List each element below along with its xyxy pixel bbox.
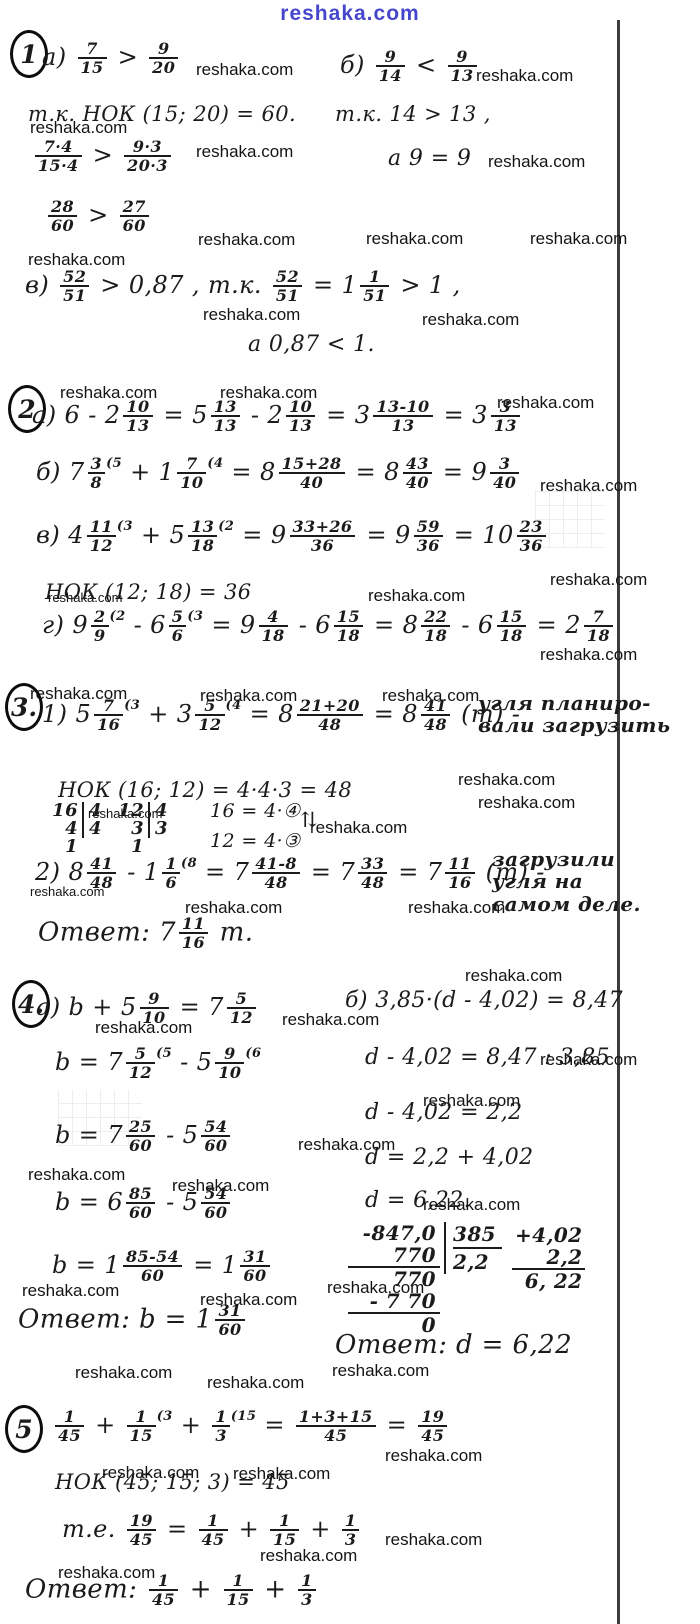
denominator: 18 [188, 537, 217, 554]
numerator: 43 [403, 455, 432, 474]
fraction: 1518 [334, 608, 363, 645]
fraction: 340 [490, 455, 519, 492]
denominator: 36 [290, 537, 356, 554]
fraction: 910 [140, 990, 169, 1027]
fraction: 920 [149, 40, 178, 77]
denominator: 20 [149, 59, 178, 76]
denominator: 18 [421, 627, 450, 644]
reshaka-logo-watermark: reshaka.com [0, 2, 700, 26]
fraction: 115 [224, 1572, 253, 1609]
denominator: 60 [126, 1204, 155, 1221]
watermark: reshaka.com [196, 142, 293, 162]
numerator: 85 [126, 1185, 155, 1204]
annotation-note: угля планиро-вали загрузить [478, 692, 670, 737]
math-line: b = 7512(5 - 5910(6 [55, 1045, 261, 1082]
fraction: 21+2048 [297, 697, 363, 734]
numerator: 31 [215, 1302, 244, 1321]
answer-line: Ответ: b = 13160 [18, 1302, 248, 1339]
fraction: 1313 [211, 398, 240, 435]
math-line: b = 72560 - 55460 [55, 1118, 233, 1155]
denominator: 51 [360, 287, 389, 304]
extra-multiplier: (3 [157, 1409, 173, 1424]
fraction: 41-848 [252, 855, 300, 892]
denominator: 45 [127, 1531, 156, 1548]
denominator: 18 [497, 627, 526, 644]
fraction: 2560 [126, 1118, 155, 1155]
math-line: а) 6 - 21013 = 51313 - 21013 = 313-1013 … [32, 398, 523, 435]
denominator: 45 [149, 1591, 178, 1608]
watermark: reshaka.com [385, 1446, 482, 1466]
extra-multiplier: (15 [231, 1409, 256, 1424]
numerator: 1 [212, 1408, 230, 1427]
denominator: 15 [270, 1531, 299, 1548]
division-row: -847,0 [348, 1222, 440, 1244]
notebook-margin-line [617, 20, 620, 1624]
watermark: reshaka.com [282, 1010, 379, 1030]
denominator: 10 [140, 1009, 169, 1026]
numerator: 9 [448, 48, 477, 67]
denominator: 12 [195, 716, 224, 733]
dividend-column: -847,0770770- 7 700 [348, 1222, 440, 1336]
denominator: 48 [87, 874, 116, 891]
watermark: reshaka.com [540, 645, 637, 665]
denominator: 13 [286, 417, 315, 434]
fraction: 2336 [517, 518, 546, 555]
extra-multiplier: (6 [245, 1046, 261, 1061]
fraction: 4148 [421, 697, 450, 734]
factorization-table: 124331 [118, 802, 168, 856]
denominator: 13 [211, 417, 240, 434]
math-line: 12 = 4·③ [210, 830, 301, 852]
numerator: 13-10 [373, 398, 432, 417]
math-line: т.к. 14 > 13 , [335, 102, 491, 126]
denominator: 60 [201, 1137, 230, 1154]
numerator: 9 [215, 1045, 244, 1064]
denominator: 3 [342, 1531, 360, 1548]
extra-multiplier: (5 [156, 1046, 172, 1061]
fraction: 29 [91, 608, 109, 645]
fraction: 56 [169, 608, 187, 645]
fraction: 5251 [60, 268, 89, 305]
extra-multiplier: (4 [207, 456, 223, 471]
numerator: 2 [91, 608, 109, 627]
addition-result: 6, 22 [512, 1268, 585, 1292]
lcm-line: НОК (45; 15; 3) = 45 [55, 1470, 290, 1494]
factor-row: 1 [118, 838, 168, 856]
denominator: 15·4 [35, 157, 82, 174]
problem-number: 5 [5, 1405, 43, 1453]
denominator: 6 [169, 627, 187, 644]
denominator: 60 [123, 1267, 182, 1284]
fraction: 716 [94, 697, 123, 734]
math-line: г) 929(2 - 656(3 = 9418 - 61518 = 82218 … [42, 608, 616, 645]
extra-multiplier: (5 [106, 456, 122, 471]
math-line: в) 41112(3 + 51318(2 = 933+2636 = 95936 … [36, 518, 549, 555]
math-line: 2) 84148 - 116(8 = 741-848 = 73348 = 711… [35, 855, 545, 892]
fraction: 5251 [273, 268, 302, 305]
math-line: 1) 5716(3 + 3512(4 = 821+2048 = 84148 (т… [42, 697, 520, 734]
watermark: reshaka.com [422, 310, 519, 330]
numerator: 13 [211, 398, 240, 417]
fraction: 145 [199, 1512, 228, 1549]
watermark: reshaka.com [530, 229, 627, 249]
numerator: 1 [149, 1572, 178, 1591]
denominator: 3 [212, 1427, 230, 1444]
addition-row: 2,2 [512, 1246, 585, 1268]
fraction: 3348 [358, 855, 387, 892]
fraction: 913 [448, 48, 477, 85]
scanned-notebook-page: reshaka.com reshaka.comreshaka.comreshak… [0, 0, 700, 1624]
watermark: reshaka.com [196, 60, 293, 80]
math-line: б) 3,85·(d - 4,02) = 8,47 [345, 988, 623, 1013]
fraction: 2218 [421, 608, 450, 645]
math-line: а 0,87 < 1. [248, 332, 375, 357]
numerator: 41 [87, 855, 116, 874]
denominator: 60 [126, 1137, 155, 1154]
numerator: 15 [497, 608, 526, 627]
division-row: 770 [348, 1244, 440, 1268]
math-line: а) b + 5910 = 7512 [36, 990, 259, 1027]
watermark: reshaka.com [465, 966, 562, 986]
numerator: 11 [87, 518, 116, 537]
numerator: 33+26 [290, 518, 356, 537]
denominator: 45 [418, 1427, 447, 1444]
fraction: 1013 [286, 398, 315, 435]
numerator: 3 [490, 455, 519, 474]
fraction: 16 [162, 855, 180, 892]
numerator: 1 [224, 1572, 253, 1591]
fraction: 512 [126, 1045, 155, 1082]
numerator: 5 [169, 608, 187, 627]
math-line: а) 715 > 920 [42, 40, 181, 77]
denominator: 16 [179, 934, 208, 951]
denominator: 15 [78, 59, 107, 76]
numerator: 23 [517, 518, 546, 537]
extra-multiplier: (3 [124, 698, 140, 713]
addition-row: +4,02 [512, 1224, 585, 1246]
fraction: 512 [195, 697, 224, 734]
fraction: 2860 [48, 198, 77, 235]
denominator: 18 [334, 627, 363, 644]
numerator: 85-54 [123, 1248, 182, 1267]
denominator: 13 [373, 417, 432, 434]
fraction: 13 [298, 1572, 316, 1609]
numerator: 28 [48, 198, 77, 217]
numerator: 33 [358, 855, 387, 874]
numerator: 1 [360, 268, 389, 287]
denominator: 13 [491, 417, 520, 434]
quotient: 2,2 [453, 1249, 502, 1274]
numerator: 1 [342, 1512, 360, 1531]
watermark: reshaka.com [478, 793, 575, 813]
numerator: 3 [88, 455, 106, 474]
denominator: 45 [55, 1427, 84, 1444]
answer-line: Ответ: 71116 т. [38, 915, 253, 952]
numerator: 41 [421, 697, 450, 716]
math-line: в) 5251 > 0,87 , т.к. 5251 = 1151 > 1 , [25, 268, 461, 305]
column-addition: +4,022,26, 22 [512, 1224, 585, 1292]
fraction: 1112 [87, 518, 116, 555]
denominator: 60 [215, 1321, 244, 1338]
denominator: 13 [123, 417, 152, 434]
fraction: 1945 [127, 1512, 156, 1549]
fraction: 9·320·3 [124, 138, 171, 175]
numerator: 54 [201, 1185, 230, 1204]
fraction: 710 [177, 455, 206, 492]
fraction: 115 [270, 1512, 299, 1549]
numerator: 19 [127, 1512, 156, 1531]
numerator: 5 [126, 1045, 155, 1064]
fraction: 1116 [445, 855, 474, 892]
long-division: -847,0770770- 7 7003852,2 [348, 1222, 502, 1336]
extra-multiplier: (8 [181, 856, 197, 871]
fraction: 715 [78, 40, 107, 77]
fraction: 151 [360, 268, 389, 305]
numerator: 5 [227, 990, 256, 1009]
fraction: 4340 [403, 455, 432, 492]
watermark: reshaka.com [310, 818, 407, 838]
numerator: 10 [286, 398, 315, 417]
denominator: 48 [421, 716, 450, 733]
numerator: 7 [94, 697, 123, 716]
fraction: 8560 [126, 1185, 155, 1222]
watermark: reshaka.com [488, 152, 585, 172]
fraction: 7·415·4 [35, 138, 82, 175]
numerator: 15 [334, 608, 363, 627]
numerator: 31 [240, 1248, 269, 1267]
fraction: 512 [227, 990, 256, 1027]
answer-line: Ответ: 145 + 115 + 13 [25, 1572, 319, 1609]
numerator: 7 [177, 455, 206, 474]
numerator: 7·4 [35, 138, 82, 157]
denominator: 14 [376, 67, 405, 84]
numerator: 13 [188, 518, 217, 537]
extra-multiplier: (3 [187, 609, 203, 624]
math-line: 7·415·4 > 9·320·3 [32, 138, 174, 175]
fraction: 718 [584, 608, 613, 645]
numerator: 1 [199, 1512, 228, 1531]
denominator: 15 [127, 1427, 156, 1444]
watermark: reshaka.com [366, 229, 463, 249]
denominator: 12 [126, 1064, 155, 1081]
fraction: 5460 [201, 1118, 230, 1155]
denominator: 40 [279, 474, 345, 491]
math-line: b = 68560 - 55460 [55, 1185, 233, 1222]
math-line: d - 4,02 = 2,2 [365, 1100, 523, 1125]
math-line: d - 4,02 = 8,47 : 3,85 [365, 1045, 610, 1070]
fraction: 4148 [87, 855, 116, 892]
watermark: reshaka.com [385, 1530, 482, 1550]
numerator: 4 [259, 608, 288, 627]
fraction: 13-1013 [373, 398, 432, 435]
numerator: 21+20 [297, 697, 363, 716]
numerator: 52 [60, 268, 89, 287]
numerator: 1 [298, 1572, 316, 1591]
watermark: reshaka.com [203, 305, 300, 325]
numerator: 11 [445, 855, 474, 874]
denominator: 20·3 [124, 157, 171, 174]
watermark: reshaka.com [550, 570, 647, 590]
numerator: 7 [78, 40, 107, 59]
watermark: reshaka.com [540, 476, 637, 496]
lcm-line: НОК (16; 12) = 4·4·3 = 48 [58, 778, 352, 802]
numerator: 41-8 [252, 855, 300, 874]
denominator: 60 [240, 1267, 269, 1284]
numerator: 1+3+15 [296, 1408, 376, 1427]
divisor: 385 [453, 1222, 502, 1249]
numerator: 11 [179, 915, 208, 934]
watermark: reshaka.com [207, 1373, 304, 1393]
math-line: б) 738(5 + 1710(4 = 815+2840 = 84340 = 9… [36, 455, 522, 492]
numerator: 22 [421, 608, 450, 627]
problem-number: 3. [5, 683, 43, 731]
watermark: reshaka.com [75, 1363, 172, 1383]
denominator: 60 [120, 217, 149, 234]
denominator: 51 [273, 287, 302, 304]
fraction: 15+2840 [279, 455, 345, 492]
numerator: 9·3 [124, 138, 171, 157]
watermark: reshaka.com [260, 1546, 357, 1566]
denominator: 36 [517, 537, 546, 554]
lcm-line: НОК (12; 18) = 36 [45, 580, 252, 604]
numerator: 10 [123, 398, 152, 417]
exchange-arrows-icon: ⇅ [300, 808, 318, 832]
denominator: 3 [298, 1591, 316, 1608]
math-line: d = 2,2 + 4,02 [365, 1145, 534, 1170]
fraction: 1013 [123, 398, 152, 435]
extra-multiplier: (3 [117, 519, 133, 534]
annotation-note: загрузилиугля насамом деле. [492, 848, 641, 915]
denominator: 15 [224, 1591, 253, 1608]
denominator: 40 [490, 474, 519, 491]
extra-multiplier: (4 [226, 698, 242, 713]
fraction: 418 [259, 608, 288, 645]
numerator: 9 [149, 40, 178, 59]
fraction: 1+3+1545 [296, 1408, 376, 1445]
watermark: reshaka.com [476, 66, 573, 86]
denominator: 18 [584, 627, 613, 644]
denominator: 16 [445, 874, 474, 891]
denominator: 48 [297, 716, 363, 733]
fraction: 5936 [414, 518, 443, 555]
denominator: 45 [199, 1531, 228, 1548]
math-line: b = 185-5460 = 13160 [52, 1248, 273, 1285]
numerator: 5 [195, 697, 224, 716]
numerator: 3 [491, 398, 520, 417]
watermark: reshaka.com [368, 586, 465, 606]
denominator: 48 [252, 874, 300, 891]
fraction: 914 [376, 48, 405, 85]
extra-multiplier: (2 [110, 609, 126, 624]
numerator: 1 [127, 1408, 156, 1427]
math-line: d = 6,22. [365, 1188, 471, 1213]
denominator: 40 [403, 474, 432, 491]
fraction: 1318 [188, 518, 217, 555]
fraction: 3160 [240, 1248, 269, 1285]
numerator: 59 [414, 518, 443, 537]
factorization-table: 164441 [52, 802, 102, 856]
math-line: 16 = 4·④ [210, 800, 301, 822]
denominator: 13 [448, 67, 477, 84]
fraction: 1945 [418, 1408, 447, 1445]
watermark: reshaka.com [28, 1165, 125, 1185]
denominator: 12 [227, 1009, 256, 1026]
math-line: 2860 > 2760 [45, 198, 152, 235]
fraction: 313 [491, 398, 520, 435]
math-line: т.е. 1945 = 145 + 115 + 13 [62, 1512, 362, 1549]
numerator: 1 [55, 1408, 84, 1427]
numerator: 9 [140, 990, 169, 1009]
divisor-quotient: 3852,2 [444, 1222, 502, 1274]
denominator: 51 [60, 287, 89, 304]
watermark: reshaka.com [458, 770, 555, 790]
denominator: 60 [48, 217, 77, 234]
fraction: 13 [342, 1512, 360, 1549]
fraction: 5460 [201, 1185, 230, 1222]
fraction: 85-5460 [123, 1248, 182, 1285]
denominator: 6 [162, 874, 180, 891]
math-line: а 9 = 9 [388, 146, 471, 171]
numerator: 19 [418, 1408, 447, 1427]
fraction: 2760 [120, 198, 149, 235]
answer-line: Ответ: d = 6,22 [335, 1330, 572, 1360]
watermark: reshaka.com [408, 898, 505, 918]
numerator: 15+28 [279, 455, 345, 474]
math-line: б) 914 < 913 [340, 48, 480, 85]
fraction: 3160 [215, 1302, 244, 1339]
denominator: 36 [414, 537, 443, 554]
fraction: 13 [212, 1408, 230, 1445]
numerator: 1 [162, 855, 180, 874]
denominator: 16 [94, 716, 123, 733]
denominator: 10 [215, 1064, 244, 1081]
math-line: 145 + 115(3 + 13(15 = 1+3+1545 = 1945 [52, 1408, 450, 1445]
numerator: 25 [126, 1118, 155, 1137]
numerator: 54 [201, 1118, 230, 1137]
numerator: 9 [376, 48, 405, 67]
denominator: 12 [87, 537, 116, 554]
denominator: 60 [201, 1204, 230, 1221]
fraction: 145 [55, 1408, 84, 1445]
fraction: 115 [127, 1408, 156, 1445]
fraction: 1116 [179, 915, 208, 952]
watermark: reshaka.com [332, 1361, 429, 1381]
numerator: 27 [120, 198, 149, 217]
denominator: 9 [91, 627, 109, 644]
fraction: 1518 [497, 608, 526, 645]
denominator: 48 [358, 874, 387, 891]
numerator: 1 [270, 1512, 299, 1531]
numerator: 52 [273, 268, 302, 287]
division-row: 770 [348, 1268, 440, 1290]
denominator: 18 [259, 627, 288, 644]
extra-multiplier: (2 [218, 519, 234, 534]
watermark: reshaka.com [198, 230, 295, 250]
numerator: 7 [584, 608, 613, 627]
fraction: 145 [149, 1572, 178, 1609]
math-line: т.к. НОК (15; 20) = 60. [28, 102, 296, 126]
denominator: 10 [177, 474, 206, 491]
fraction: 38 [88, 455, 106, 492]
fraction: 910 [215, 1045, 244, 1082]
fraction: 33+2636 [290, 518, 356, 555]
denominator: 45 [296, 1427, 376, 1444]
division-row: - 7 70 [348, 1290, 440, 1314]
denominator: 8 [88, 474, 106, 491]
